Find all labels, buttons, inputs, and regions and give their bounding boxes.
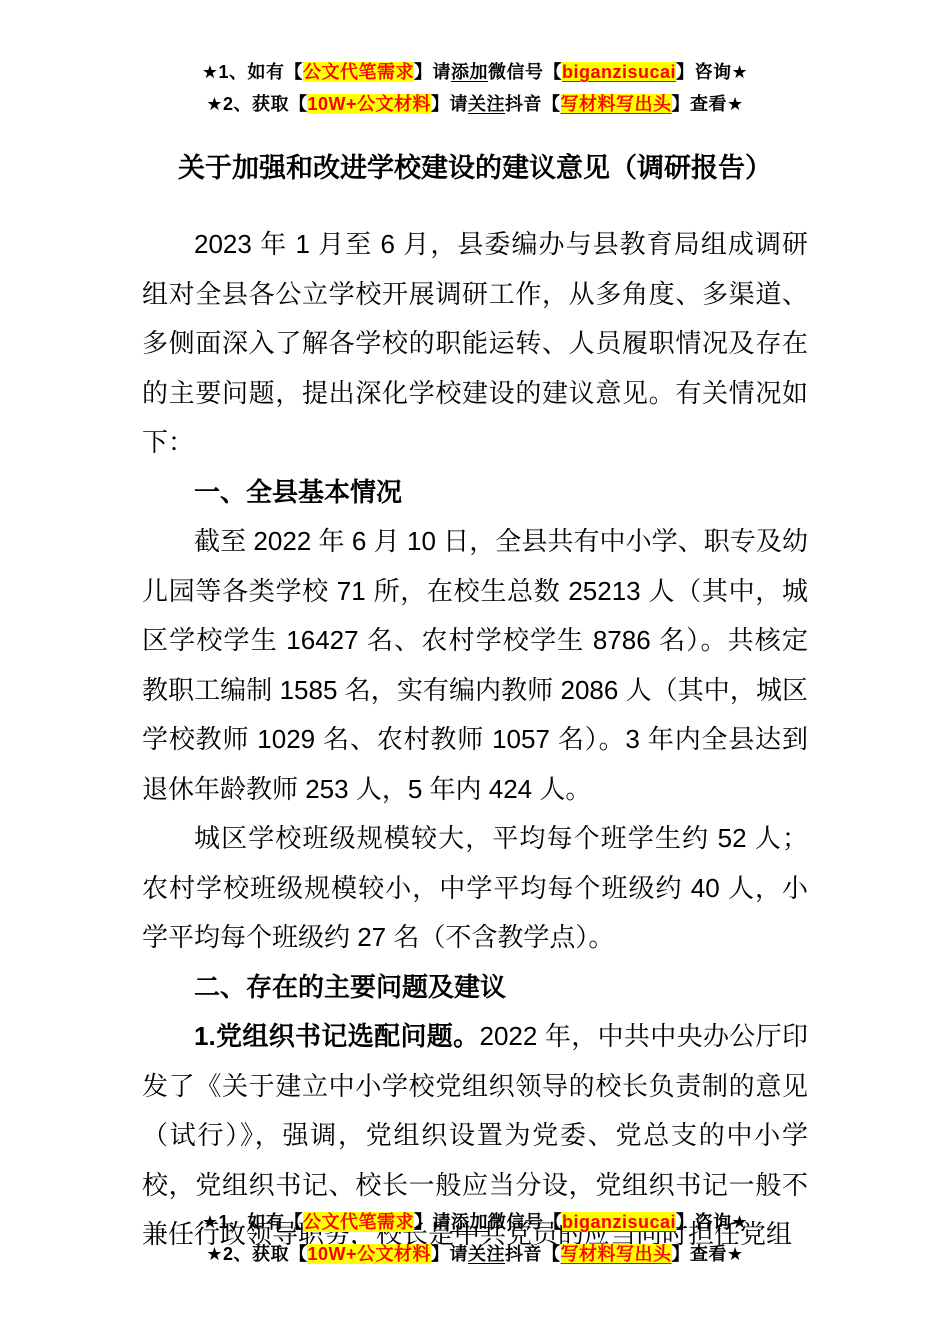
promo-text: 微信号【 [488,62,562,82]
promo-text: 抖音【 [505,94,561,114]
promo-text: 】请 [414,1212,451,1232]
promo-text: 】请 [414,62,451,82]
promo-banner-top: ★1、如有【公文代笔需求】请添加微信号【biganzisucai】咨询★★2、获… [0,0,950,120]
promo-line-bottom-2: ★2、获取【10W+公文材料】请关注抖音【写材料写出头】查看★ [0,1238,950,1270]
section-heading: 一、全县基本情况 [142,468,808,518]
promo-text: ★2、获取【 [206,94,307,114]
promo-text: 】查看★ [672,1244,744,1264]
paragraph-lead: 1.党组织书记选配问题。 [194,1021,479,1051]
promo-highlight-underline-text: 写材料写出头 [561,94,672,114]
document-body: 2023 年 1 月至 6 月，县委编办与县教育局组成调研组对全县各公立学校开展… [142,220,808,1260]
promo-line-top-1: ★1、如有【公文代笔需求】请添加微信号【biganzisucai】咨询★ [0,56,950,88]
promo-highlight-text: 10W+公文材料 [307,94,431,114]
promo-underline-text: 添加 [451,62,488,82]
document-title: 关于加强和改进学校建设的建议意见（调研报告） [142,148,808,188]
promo-text: 】咨询★ [676,62,748,82]
promo-highlight-text: 10W+公文材料 [307,1244,431,1264]
promo-highlight-underline-text: biganzisucai [562,1212,676,1232]
section-heading: 二、存在的主要问题及建议 [142,963,808,1013]
promo-highlight-text: 公文代笔需求 [303,62,414,82]
promo-text: 】咨询★ [676,1212,748,1232]
promo-text: 】请 [431,1244,468,1264]
promo-highlight-underline-text: biganzisucai [562,62,676,82]
promo-line-bottom-1: ★1、如有【公文代笔需求】请添加微信号【biganzisucai】咨询★ [0,1206,950,1238]
promo-underline-text: 关注 [468,1244,505,1264]
body-paragraph: 城区学校班级规模较大，平均每个班学生约 52 人；农村学校班级规模较小，中学平均… [142,814,808,963]
document-content: 关于加强和改进学校建设的建议意见（调研报告） 2023 年 1 月至 6 月，县… [142,148,808,1260]
promo-banner-bottom: ★1、如有【公文代笔需求】请添加微信号【biganzisucai】咨询★★2、获… [0,1206,950,1270]
promo-text: ★2、获取【 [206,1244,307,1264]
promo-underline-text: 关注 [468,94,505,114]
promo-text: 抖音【 [505,1244,561,1264]
promo-text: ★1、如有【 [202,1212,303,1232]
promo-text: 微信号【 [488,1212,562,1232]
promo-text: 】请 [431,94,468,114]
promo-highlight-text: 公文代笔需求 [303,1212,414,1232]
document-page: ★1、如有【公文代笔需求】请添加微信号【biganzisucai】咨询★★2、获… [0,0,950,1344]
body-paragraph: 截至 2022 年 6 月 10 日，全县共有中小学、职专及幼儿园等各类学校 7… [142,517,808,814]
promo-text: ★1、如有【 [202,62,303,82]
body-paragraph: 2023 年 1 月至 6 月，县委编办与县教育局组成调研组对全县各公立学校开展… [142,220,808,468]
promo-line-top-2: ★2、获取【10W+公文材料】请关注抖音【写材料写出头】查看★ [0,88,950,120]
promo-highlight-underline-text: 写材料写出头 [561,1244,672,1264]
promo-text: 】查看★ [672,94,744,114]
promo-underline-text: 添加 [451,1212,488,1232]
